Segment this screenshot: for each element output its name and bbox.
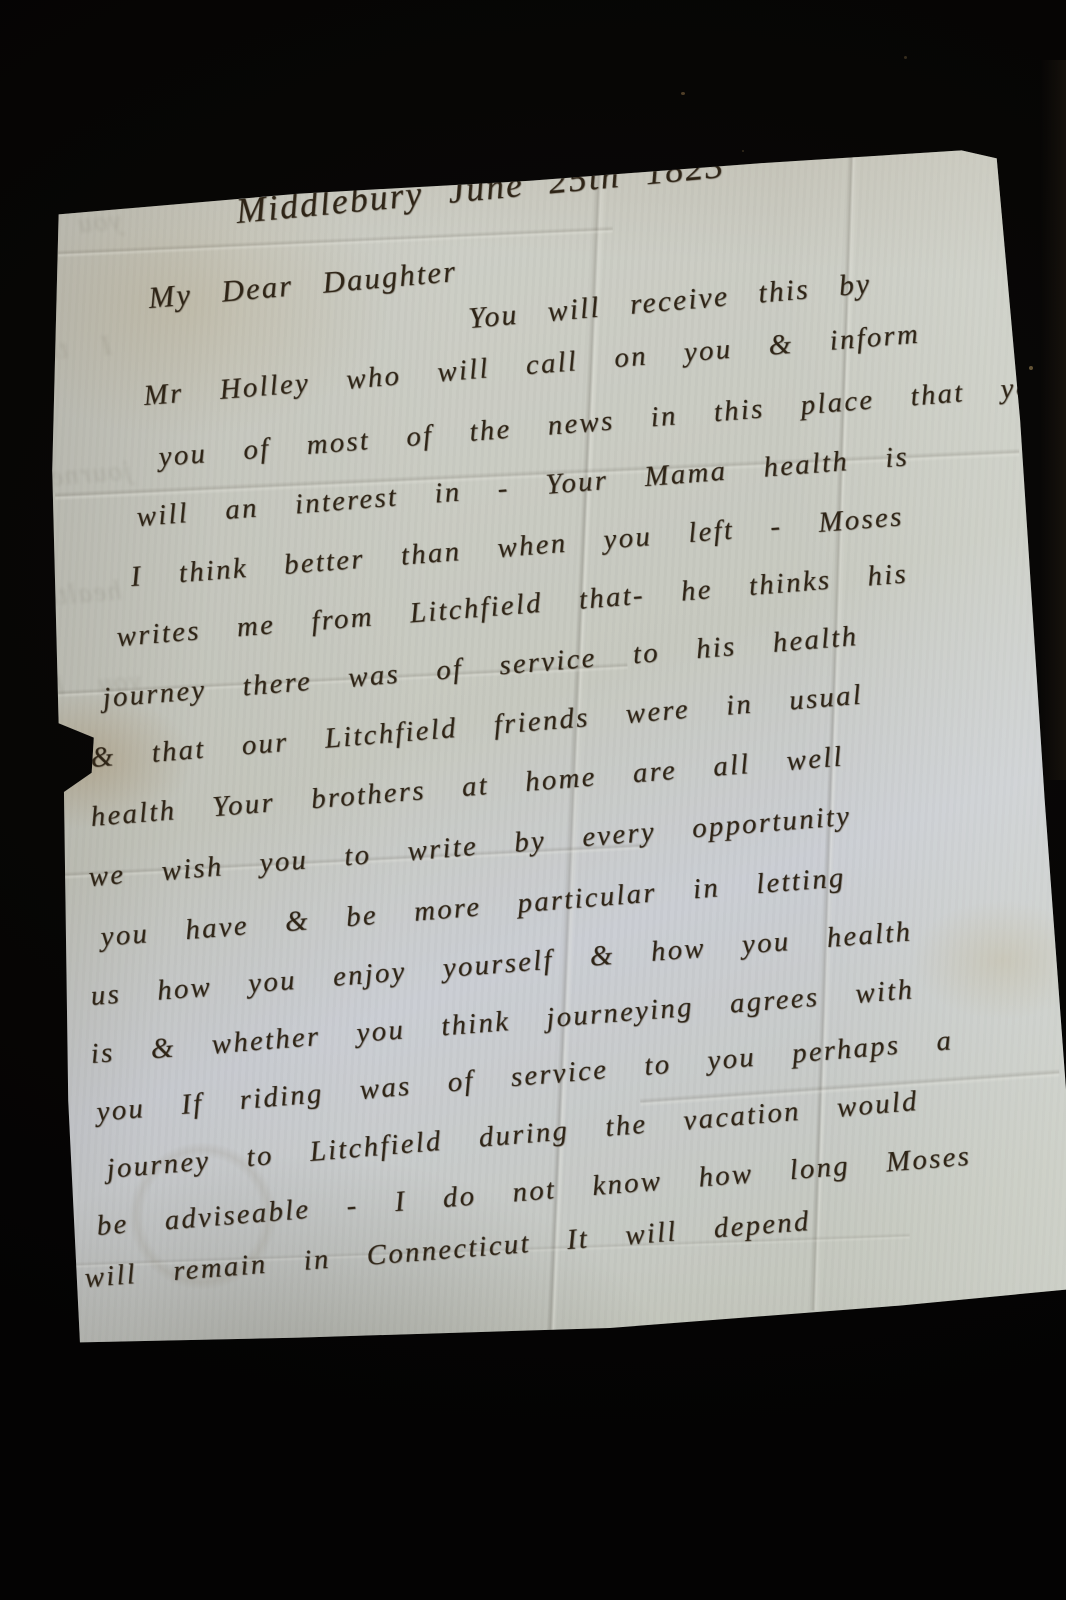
ink-bleedthrough-line: I think better than when you left - Mose… <box>0 330 112 417</box>
photo-background: you of most of the news in this place th… <box>0 0 1066 1600</box>
letter-paper: you of most of the news in this place th… <box>0 0 1066 1600</box>
ink-bleedthrough-line: you of most of the news in this place th… <box>0 205 122 303</box>
dust-speck <box>742 150 744 152</box>
letter-salutation: My Dear Daughter <box>147 253 459 316</box>
dust-speck <box>1029 366 1033 370</box>
dust-speck <box>904 56 907 59</box>
fold-crease-horizontal-top <box>58 226 613 258</box>
dust-speck <box>681 92 685 95</box>
ink-bleedthrough-line: journey there was of service to his heal… <box>0 455 132 540</box>
letter-dateline: Middlebury June 25th 1823 <box>234 144 727 232</box>
fold-crease-vertical-right <box>809 146 858 1311</box>
ink-bleedthrough-line: health Your brothers at home are all wel… <box>0 575 122 660</box>
background-cloth-edge <box>1040 60 1066 780</box>
